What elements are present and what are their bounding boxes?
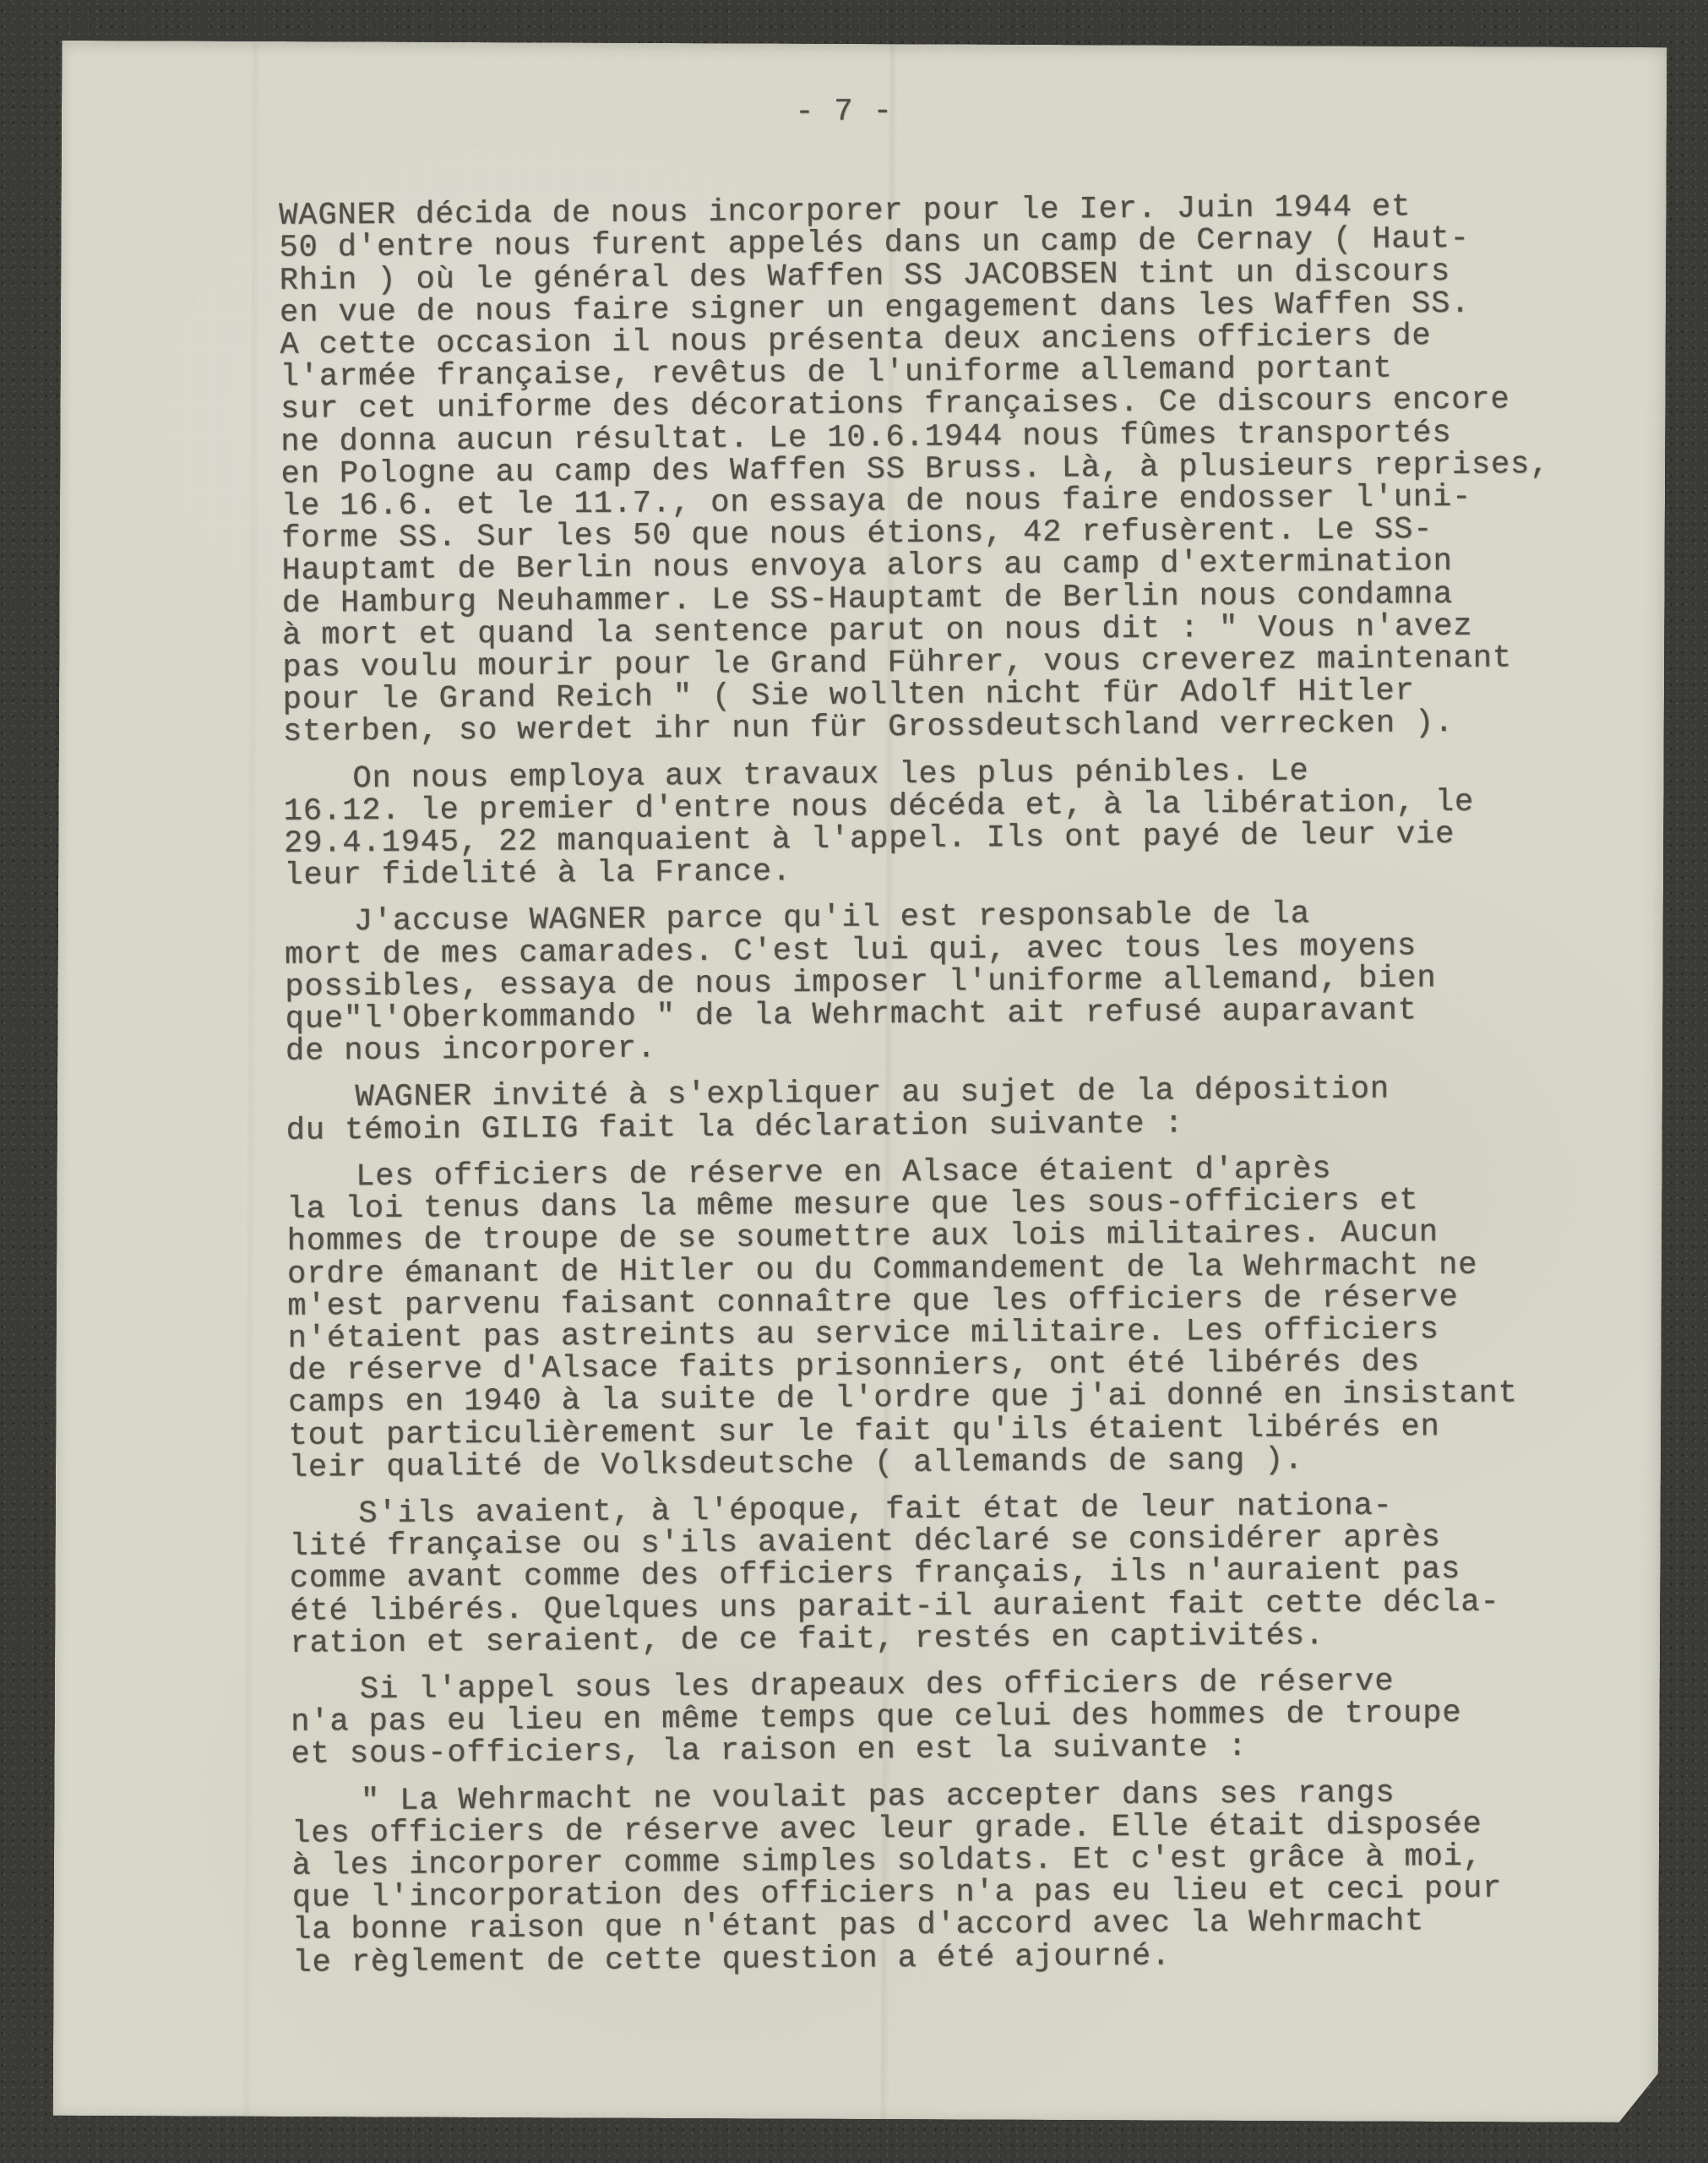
page-number: - 7 - — [278, 90, 1635, 133]
paragraph: S'ils avaient, à l'époque, fait état de … — [289, 1488, 1646, 1660]
scanned-page: - 7 - WAGNER décida de nous incorporer p… — [53, 41, 1667, 2122]
paragraph: Les officiers de réserve en Alsace étaie… — [286, 1151, 1645, 1485]
paragraph: " La Wehrmacht ne voulait pas accepter d… — [291, 1775, 1650, 1980]
paragraph: J'accuse WAGNER parce qu'il est responsa… — [285, 896, 1642, 1069]
document-body: WAGNER décida de nous incorporer pour le… — [279, 189, 1649, 1979]
paragraph: WAGNER invité à s'expliquer au sujet de … — [286, 1072, 1643, 1147]
typewritten-text: - 7 - WAGNER décida de nous incorporer p… — [278, 90, 1649, 1979]
scanner-background: { "page": { "background_color": "#3a3a37… — [0, 0, 1708, 2163]
paragraph: WAGNER décida de nous incorporer pour le… — [279, 189, 1640, 749]
paragraph: Si l'appel sous les drapeaux des officie… — [291, 1664, 1648, 1771]
paragraph: On nous employa aux travaux les plus pén… — [283, 753, 1640, 892]
